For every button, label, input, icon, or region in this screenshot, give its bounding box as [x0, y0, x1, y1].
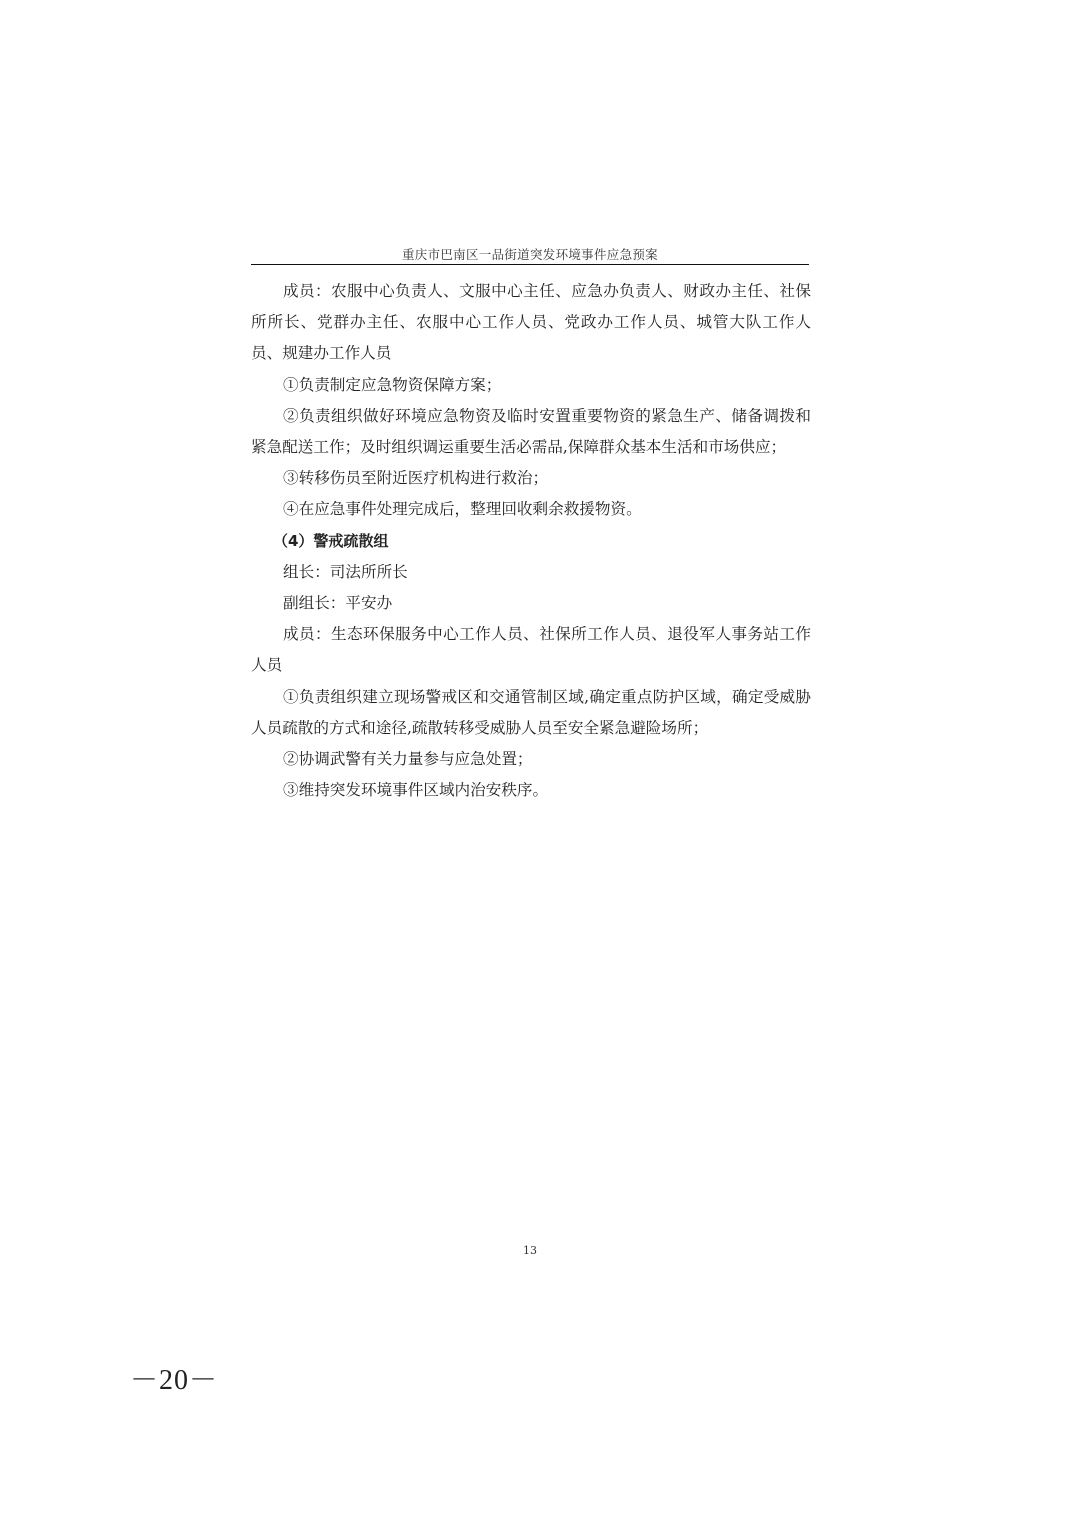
paragraph-members: 成员：农服中心负责人、文服中心主任、应急办负责人、财政办主任、社保所所长、党群办…: [251, 276, 811, 370]
paragraph-duty-1: ①负责制定应急物资保障方案；: [251, 370, 811, 401]
paragraph-leader: 组长：司法所所长: [251, 557, 811, 588]
header-rule: [251, 264, 809, 265]
outer-page-number: －20－: [130, 1358, 218, 1398]
paragraph-duty-3: ③转移伤员至附近医疗机构进行救治；: [251, 463, 811, 494]
paragraph-duty-2: ②负责组织做好环境应急物资及临时安置重要物资的紧急生产、储备调拨和紧急配送工作；…: [251, 401, 811, 463]
page-header-title: 重庆市巴南区一品街道突发环境事件应急预案: [251, 245, 809, 263]
paragraph-duty-4: ④在应急事件处理完成后，整理回收剩余救援物资。: [251, 494, 811, 525]
inner-page-number: 13: [520, 1244, 540, 1257]
paragraph-section-duty-3: ③维持突发环境事件区域内治安秩序。: [251, 775, 811, 806]
section-heading: （4）警戒疏散组: [251, 526, 811, 557]
paragraph-deputy-leader: 副组长：平安办: [251, 588, 811, 619]
paragraph-section-members: 成员：生态环保服务中心工作人员、社保所工作人员、退役军人事务站工作人员: [251, 619, 811, 681]
paragraph-section-duty-2: ②协调武警有关力量参与应急处置；: [251, 744, 811, 775]
paragraph-section-duty-1: ①负责组织建立现场警戒区和交通管制区域,确定重点防护区域，确定受威胁人员疏散的方…: [251, 682, 811, 744]
document-body: 成员：农服中心负责人、文服中心主任、应急办负责人、财政办主任、社保所所长、党群办…: [251, 276, 811, 806]
